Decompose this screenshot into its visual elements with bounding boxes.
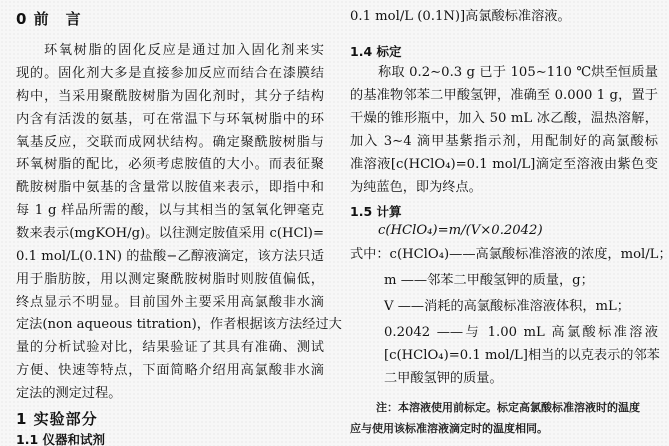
formula: c(HClO₄)=m/(V×0.2042) [378,222,543,239]
section-0-heading: 0 前 言 [16,8,82,29]
paragraph-line: 终点显示不明显。目前国外主要采用高氯酸非水滴 [16,294,324,311]
note-line: 应与使用该标准溶液滴定时的温度相同。 [350,420,548,436]
where-line: [c(HClO₄)=0.1 mol/L]相当的以克表示的邻苯 [384,347,658,364]
paragraph-line: 每 1 g 样品所需的酸，以与其相当的氢氧化钾毫克 [16,202,324,219]
where-line: V ——消耗的高氯酸标准溶液体积，mL； [384,298,630,315]
continued-line: 0.1 mol/L (0.1N)]高氯酸标准溶液。 [350,8,571,25]
paragraph-line: 干燥的锥形瓶中，加入 50 mL 冰乙酸，温热溶解， [350,110,658,127]
where-line: m ——邻苯二甲酸氢钾的质量，g； [384,272,594,289]
paragraph-line: 的基准物邻苯二甲酸氢钾，准确至 0.000 1 g，置于 [350,87,658,104]
where-line: 二甲酸氢钾的质量。 [384,370,503,387]
paragraph-line: 0.1 mol/L(0.1N) 的盐酸−乙醇液滴定，该方法只适 [16,248,324,265]
paragraph-line: 为纯蓝色，即为终点。 [350,179,482,196]
note-line: 注：本溶液使用前标定。标定高氯酸标准溶液时的温度 [376,399,640,415]
paragraph-line-text: 定法的测定过程。 [16,386,122,401]
paragraph-line: 环氧树脂的固化反应是通过加入固化剂来实 [16,42,324,59]
paragraph-line: 构中，当采用聚酰胺树脂为固化剂时，其分子结构 [16,88,324,105]
section-1-5-heading: 1.5 计算 [350,202,402,220]
paragraph-line: 方便、快速等特点，下面简略介绍用高氯酸非水滴 [16,362,324,379]
paragraph-line: 氧基反应，交联而成网状结构。确定聚酰胺树脂与 [16,134,324,151]
paragraph-line: 称取 0.2∼0.3 g 已于 105∼110 ℃烘至恒质量 [350,64,658,81]
paragraph-line: 现的。固化剂大多是直接参加反应而结合在漆膜结 [16,65,324,82]
where-line: 式中：c(HClO₄)——高氯酸标准溶液的浓度，mol/L； [350,246,669,263]
paragraph-line-last: 定法的测定过程。 [16,385,122,402]
paragraph-line: 定法(non aqueous titration)，作者根据该方法经过大 [16,316,324,333]
section-1-heading: 1 实验部分 [16,408,98,429]
paragraph-line: 数来表示(mgKOH/g)。以往测定胺值采用 c(HCl)= [16,225,324,242]
paragraph-line: 准溶液[c(HClO₄)=0.1 mol/L]滴定至溶液由紫色变 [350,156,658,173]
paragraph-line: 内含有活泼的氨基，可在常温下与环氧树脂中的环 [16,111,324,128]
section-1-1-heading: 1.1 仪器和试剂 [16,430,105,446]
paragraph-line: 酰胺树脂中氨基的含量常以胺值来表示，即指中和 [16,179,324,196]
section-1-4-heading: 1.4 标定 [350,42,402,60]
paragraph-line: 环氧树脂的配比，必须考虑胺值的大小。而表征聚 [16,156,324,173]
paragraph-line: 用于脂肪胺，用以测定聚酰胺树脂时则胺值偏低， [16,271,324,288]
paragraph-line: 量的分析试验对比，结果验证了其具有准确、测试 [16,339,324,356]
paragraph-line: 加入 3∼4 滴甲基紫指示剂，用配制好的高氯酸标 [350,133,658,150]
where-line: 0.2042 ——与 1.00 mL 高氯酸标准溶液 [384,324,658,341]
